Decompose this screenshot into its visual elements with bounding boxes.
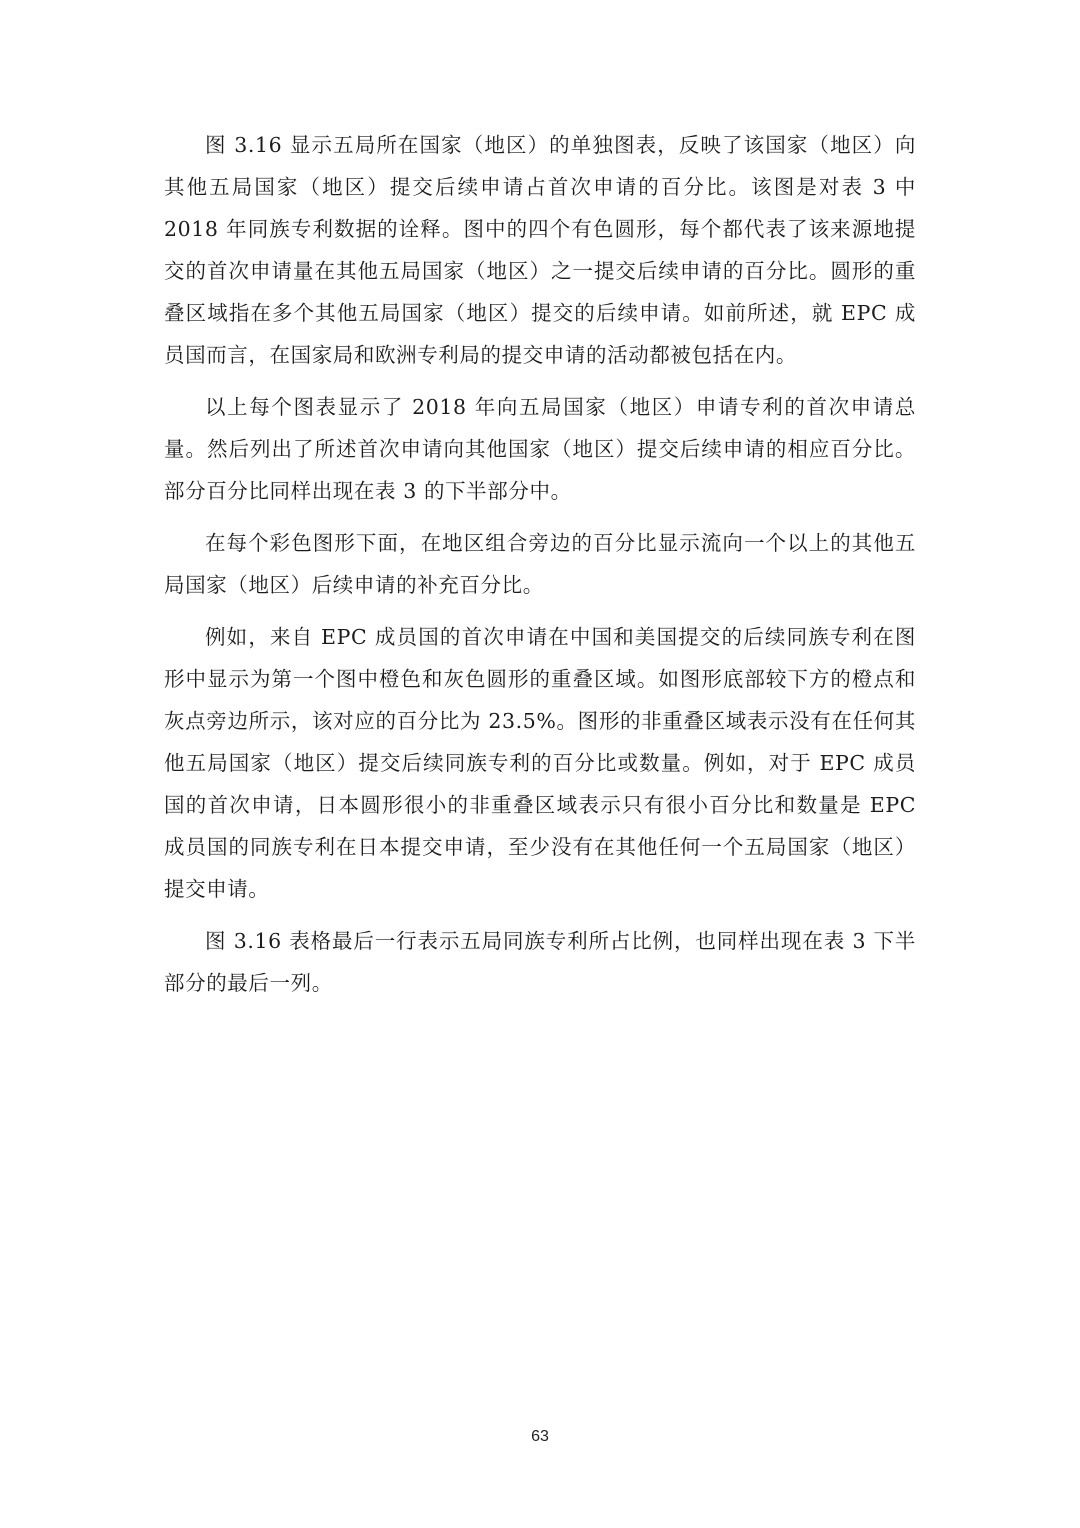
paragraph-example: 例如，来自 EPC 成员国的首次申请在中国和美国提交的后续同族专利在图形中显示为… (164, 616, 916, 910)
body-text: 图 3.16 显示五局所在国家（地区）的单独图表，反映了该国家（地区）向其他五局… (164, 124, 916, 1004)
paragraph-last-row: 图 3.16 表格最后一行表示五局同族专利所占比例，也同样出现在表 3 下半部分… (164, 920, 916, 1004)
paragraph-figure-description: 图 3.16 显示五局所在国家（地区）的单独图表，反映了该国家（地区）向其他五局… (164, 124, 916, 376)
paragraph-chart-totals: 以上每个图表显示了 2018 年向五局国家（地区）申请专利的首次申请总量。然后列… (164, 386, 916, 512)
paragraph-supplementary-percentages: 在每个彩色图形下面，在地区组合旁边的百分比显示流向一个以上的其他五局国家（地区）… (164, 522, 916, 606)
document-page: 图 3.16 显示五局所在国家（地区）的单独图表，反映了该国家（地区）向其他五局… (0, 0, 1080, 1528)
page-number: 63 (0, 1428, 1080, 1446)
